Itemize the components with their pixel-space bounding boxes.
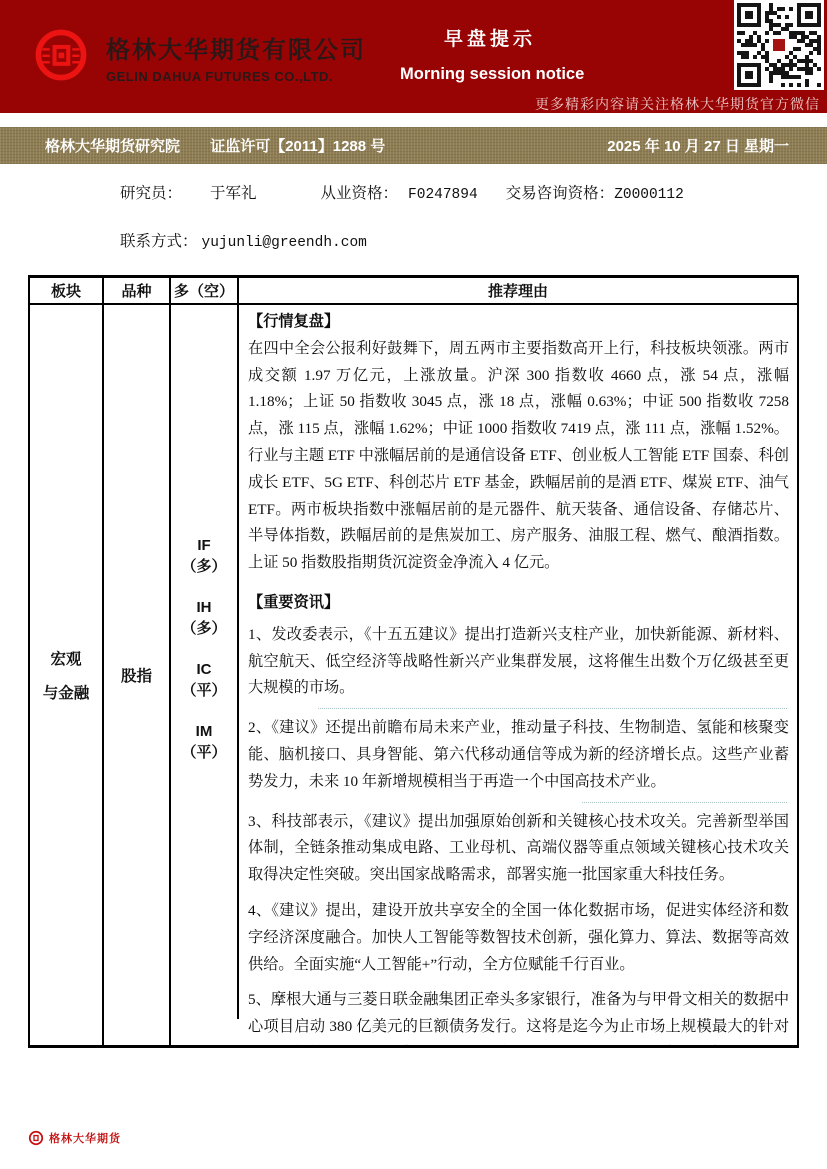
contact-email: yujunli@greendh.com — [202, 235, 367, 251]
recommendation-cell: 【行情复盘】 在四中全会公报利好鼓舞下，周五两市主要指数高开上行，科技板块领涨。… — [239, 305, 797, 1045]
advisory-label: 交易咨询资格： — [506, 185, 615, 202]
researcher-block: 研究员：于军礼从业资格：F0247894交易咨询资格：Z0000112 联系方式… — [120, 181, 684, 251]
researcher-name: 于军礼 — [210, 185, 257, 202]
company-logo-icon — [32, 26, 90, 84]
qr-finder-icon — [737, 3, 761, 27]
sector-line: 与金融 — [43, 681, 90, 703]
contract-stance: （平） — [181, 680, 226, 701]
variety-label: 股指 — [121, 664, 152, 686]
position-entry: IM （平） — [181, 721, 226, 763]
contact-line: 联系方式：yujunli@greendh.com — [120, 229, 684, 251]
contract-code: IM — [181, 721, 226, 742]
qr-finder-icon — [797, 3, 821, 27]
qualification-number: F0247894 — [408, 187, 478, 203]
dotted-separator — [318, 708, 787, 709]
qr-code-pattern — [737, 3, 821, 87]
table-header-row: 板块 品种 多（空） 推荐理由 — [30, 278, 797, 305]
contract-code: IF — [181, 535, 226, 556]
researcher-label: 研究员： — [120, 185, 182, 202]
position-entry: IC （平） — [181, 659, 226, 701]
contract-stance: （多） — [181, 618, 226, 639]
dotted-separator — [582, 802, 787, 803]
table-row: 宏观 与金融 股指 IF （多） IH （多） IC （平） — [30, 305, 797, 1045]
qr-center-logo-icon — [771, 37, 787, 53]
contract-code: IC — [181, 659, 226, 680]
license-number: 证监许可【2011】1288 号 — [210, 138, 385, 155]
column-header-reason: 推荐理由 — [239, 278, 797, 303]
footer-brand: 格林大华期货 — [28, 1130, 121, 1146]
page-title: 早盘提示 — [400, 24, 580, 51]
institute-name: 格林大华期货研究院 — [45, 138, 180, 155]
news-item: 1、发改委表示，《十五五建议》提出打造新兴支柱产业，加快新能源、新材料、航空航天… — [248, 622, 789, 702]
position-entry: IF （多） — [181, 535, 226, 577]
info-bar: 格林大华期货研究院 证监许可【2011】1288 号 2025 年 10 月 2… — [0, 127, 827, 164]
company-block: 格林大华期货有限公司 GELIN DAHUA FUTURES CO.,LTD. — [106, 30, 366, 84]
advisory-number: Z0000112 — [614, 187, 684, 203]
wechat-note: 更多精彩内容请关注格林大华期货官方微信 — [535, 94, 820, 114]
company-name-cn: 格林大华期货有限公司 — [106, 30, 366, 65]
market-review-text: 在四中全会公报利好鼓舞下，周五两市主要指数高开上行，科技板块领涨。两市成交额 1… — [248, 336, 789, 577]
sector-cell: 宏观 与金融 — [30, 305, 104, 1045]
news-item: 5、摩根大通与三菱日联金融集团正牵头多家银行，准备为与甲骨文相关的数据中心项目启… — [248, 987, 789, 1045]
news-item: 2、《建议》还提出前瞻布局未来产业，推动量子科技、生物制造、氢能和核聚变能、脑机… — [248, 715, 789, 795]
page: 格林大华期货有限公司 GELIN DAHUA FUTURES CO.,LTD. … — [0, 0, 827, 1169]
page-title-en: Morning session notice — [400, 65, 580, 84]
qr-finder-icon — [737, 63, 761, 87]
news-item: 3、科技部表示，《建议》提出加强原始创新和关键核心技术攻关。完善新型举国体制，全… — [248, 809, 789, 889]
contact-label: 联系方式： — [120, 233, 198, 250]
position-cell: IF （多） IH （多） IC （平） IM （平） — [171, 279, 239, 1019]
important-news-heading: 【重要资讯】 — [248, 590, 789, 617]
footer-logo-icon — [28, 1130, 44, 1146]
header-band: 格林大华期货有限公司 GELIN DAHUA FUTURES CO.,LTD. … — [0, 0, 827, 113]
variety-cell: 股指 — [104, 305, 171, 1045]
market-review-heading: 【行情复盘】 — [248, 309, 789, 336]
contract-stance: （平） — [181, 742, 226, 763]
contract-stance: （多） — [181, 556, 226, 577]
info-bar-left: 格林大华期货研究院 证监许可【2011】1288 号 — [45, 135, 385, 156]
footer-brand-name: 格林大华期货 — [49, 1130, 121, 1146]
qr-code — [734, 0, 824, 90]
researcher-line: 研究员：于军礼从业资格：F0247894交易咨询资格：Z0000112 — [120, 181, 684, 203]
news-item: 4、《建议》提出，建设开放共享安全的全国一体化数据市场，促进实体经济和数字经济深… — [248, 898, 789, 978]
contract-code: IH — [181, 597, 226, 618]
column-header-variety: 品种 — [104, 278, 171, 303]
position-entry: IH （多） — [181, 597, 226, 639]
recommendation-table: 板块 品种 多（空） 推荐理由 宏观 与金融 股指 IF （多） IH （多） — [28, 275, 799, 1048]
qualification-label: 从业资格： — [321, 185, 399, 202]
column-header-sector: 板块 — [30, 278, 104, 303]
company-name-en: GELIN DAHUA FUTURES CO.,LTD. — [106, 69, 366, 84]
document-title-block: 早盘提示 Morning session notice — [400, 24, 580, 84]
sector-line: 宏观 — [50, 647, 81, 669]
report-date: 2025 年 10 月 27 日 星期一 — [607, 135, 789, 156]
